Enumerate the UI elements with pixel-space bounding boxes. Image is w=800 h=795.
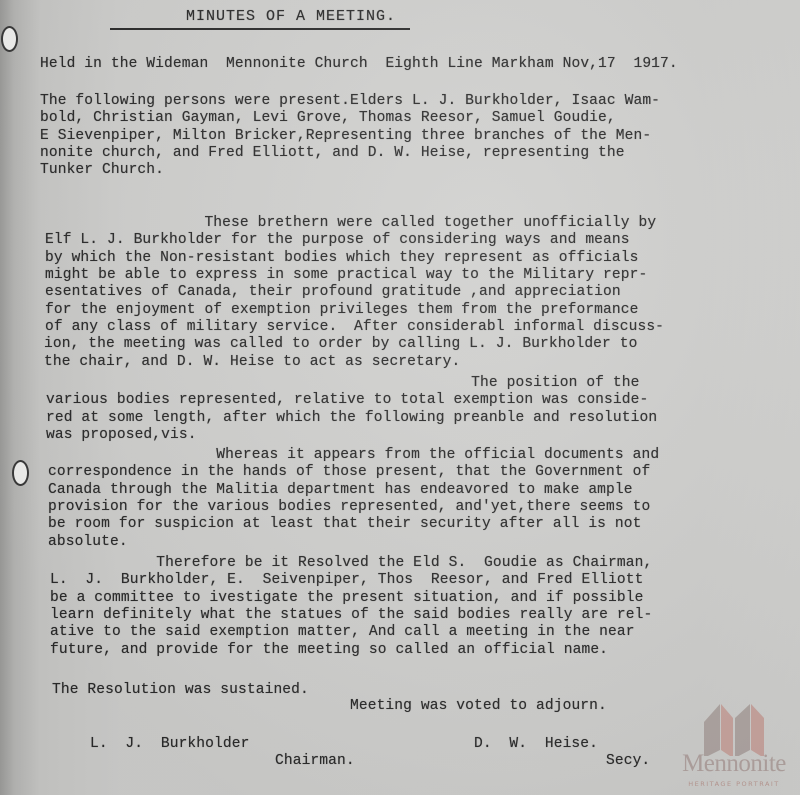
paragraph-position-line: various bodies represented, relative to … [46, 391, 648, 409]
m-logo-icon [672, 700, 796, 756]
secretary-title: Secy. [606, 752, 650, 770]
paragraph-resolution-line: be a committee to ivestigate the present… [50, 589, 643, 607]
paragraph-purpose-line: for the enjoyment of exemption privilege… [45, 301, 638, 319]
paragraph-resolution-line: ative to the said exemption matter, And … [50, 623, 635, 641]
paragraph-position-line: was proposed,vis. [46, 426, 197, 444]
paragraph-preamble-line: absolute. [48, 533, 128, 551]
paragraph-preamble-line: Canada through the Malitia department ha… [48, 481, 633, 499]
paragraph-preamble-line: correspondence in the hands of those pre… [48, 463, 650, 481]
paragraph-position-line: red at some length, after which the foll… [46, 409, 657, 427]
paragraph-call-to-order-line: the chair, and D. W. Heise to act as sec… [44, 353, 460, 371]
paragraph-resolution-line: Therefore be it Resolved the Eld S. Goud… [50, 554, 652, 572]
document-title: MINUTES OF A MEETING. [110, 8, 410, 30]
document-page: MINUTES OF A MEETING. Held in the Widema… [0, 0, 800, 795]
paragraph-resolution-line: future, and provide for the meeting so c… [50, 641, 608, 659]
paragraph-call-to-order-line: ion, the meeting was called to order by … [44, 335, 637, 353]
paragraph-preamble-line: be room for suspicion at least that thei… [48, 515, 641, 533]
secretary-signature: D. W. Heise. [474, 735, 598, 753]
paragraph-purpose-line: esentatives of Canada, their profound gr… [45, 283, 621, 301]
paragraph-resolution-line: learn definitely what the statues of the… [50, 606, 652, 624]
paragraph-attendees-line: E Sievenpiper, Milton Bricker,Representi… [40, 127, 651, 145]
punch-hole [1, 26, 18, 52]
watermark-word: Mennonite [672, 750, 796, 778]
chair-title: Chairman. [275, 752, 355, 770]
paragraph-attendees-line: Tunker Church. [40, 161, 164, 179]
paragraph-call-to-order-line: After considerabl informal discuss- [44, 318, 664, 336]
paragraph-attendees-line: nonite church, and Fred Elliott, and D. … [40, 144, 625, 162]
paragraph-resolution-line: L. J. Burkholder, E. Seivenpiper, Thos R… [50, 571, 643, 589]
paragraph-purpose-line: These brethern were called together unof… [45, 214, 656, 232]
meeting-location-line: Held in the Wideman Mennonite Church Eig… [40, 55, 678, 73]
paragraph-preamble-line: provision for the various bodies represe… [48, 498, 650, 516]
paragraph-attendees-line: The following persons were present.Elder… [40, 92, 660, 110]
paragraph-purpose-line: by which the Non-resistant bodies which … [45, 249, 638, 267]
chair-signature: L. J. Burkholder [90, 735, 249, 753]
adjourn-line: Meeting was voted to adjourn. [350, 697, 607, 715]
paragraph-position-line: The position of the [46, 374, 639, 392]
punch-hole [12, 460, 29, 486]
paragraph-purpose-line: Elf L. J. Burkholder for the purpose of … [45, 231, 630, 249]
mennonite-heritage-watermark: Mennonite HERITAGE PORTRAIT [672, 700, 796, 792]
resolution-sustained: The Resolution was sustained. [52, 681, 309, 699]
paragraph-purpose-line: might be able to express in some practic… [45, 266, 647, 284]
paragraph-attendees-line: bold, Christian Gayman, Levi Grove, Thom… [40, 109, 616, 127]
watermark-subtitle: HERITAGE PORTRAIT [672, 780, 796, 788]
paragraph-preamble-line: Whereas it appears from the official doc… [48, 446, 659, 464]
